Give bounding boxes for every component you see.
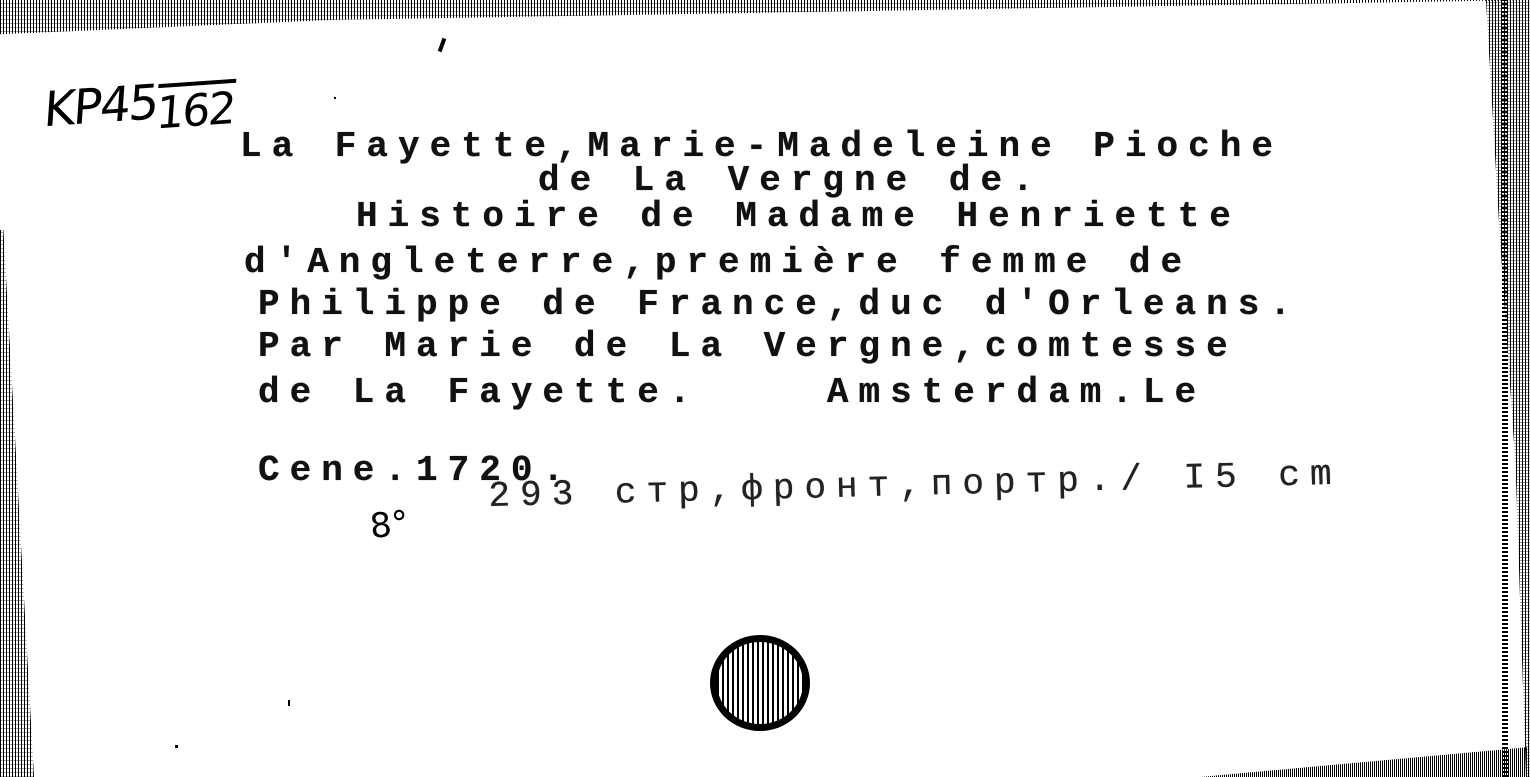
title-line-2: d'Angleterre,première femme de bbox=[244, 242, 1192, 283]
call-number-sub: 162 bbox=[155, 83, 236, 140]
ink-speck bbox=[288, 700, 290, 706]
title-line-3: Philippe de France,duc d'Orleans. bbox=[258, 284, 1301, 325]
scan-edge-right-line bbox=[1502, 0, 1508, 777]
catalog-card: KP45162 La Fayette,Marie-Madeleine Pioch… bbox=[0, 0, 1530, 777]
scan-edge-left bbox=[0, 230, 34, 777]
call-number-main: KP45 bbox=[42, 74, 159, 138]
title-line-1: Histoire de Madame Henriette bbox=[356, 196, 1241, 237]
author-line-cont: de La Vergne de. bbox=[538, 160, 1044, 201]
punch-hole bbox=[710, 635, 810, 731]
ink-speck bbox=[334, 97, 336, 99]
ink-speck bbox=[175, 745, 178, 748]
call-number: KP45162 bbox=[42, 69, 237, 139]
shelf-mark: 8° bbox=[368, 503, 411, 547]
responsibility-line: Par Marie de La Vergne,comtesse bbox=[258, 326, 1238, 367]
collation-line: 293 стр,фронт,портр./ I5 cm bbox=[488, 454, 1342, 517]
imprint-line: de La Fayette. Amsterdam.Le bbox=[258, 372, 1206, 413]
scan-edge-right bbox=[1450, 0, 1530, 777]
ink-speck bbox=[438, 38, 447, 53]
scan-edge-bottom bbox=[1200, 747, 1530, 777]
scan-edge-top bbox=[0, 0, 1530, 36]
